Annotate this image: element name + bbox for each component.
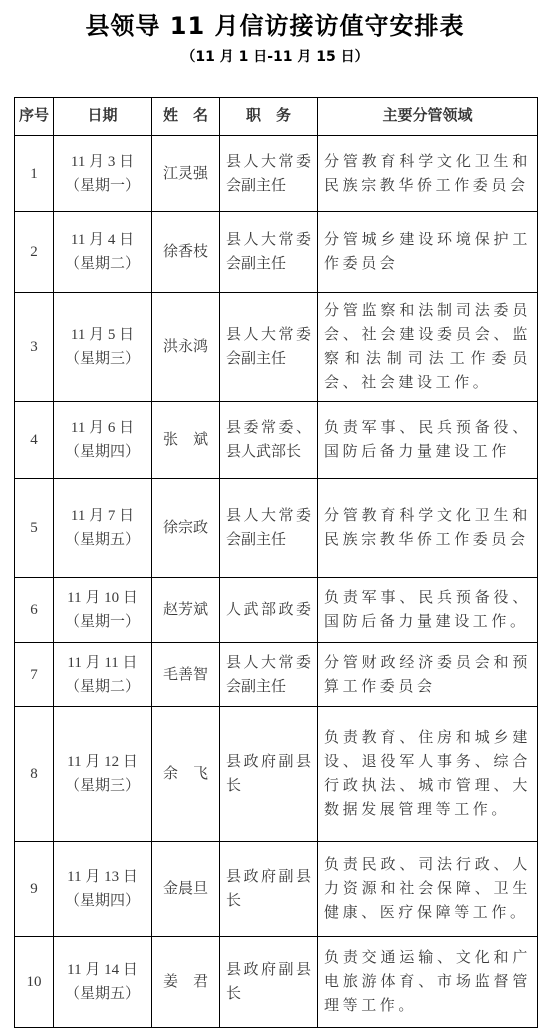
table-row: 411 月 6 日（星期四）张 斌县委常委、县人武部长负责军事、民兵预备役、国防… <box>15 402 538 479</box>
duty-cell: 分管教育科学文化卫生和民族宗教华侨工作委员会 <box>318 479 538 578</box>
weekday-text: （星期三） <box>58 774 147 798</box>
weekday-text: （星期一） <box>58 610 147 634</box>
date-text: 11 月 5 日 <box>58 323 147 347</box>
name-cell: 洪永鸿 <box>152 293 220 402</box>
table-row: 1011 月 14 日（星期五）姜 君县政府副县长负责交通运输、文化和广电旅游体… <box>15 937 538 1028</box>
date-cell: 11 月 4 日（星期二） <box>54 212 152 293</box>
position-cell: 县人大常委会副主任 <box>220 643 318 707</box>
position-cell: 县人大常委会副主任 <box>220 212 318 293</box>
row-number-cell: 10 <box>15 937 54 1028</box>
weekday-text: （星期一） <box>58 174 147 198</box>
column-header-position: 职 务 <box>220 98 318 136</box>
name-cell: 张 斌 <box>152 402 220 479</box>
name-cell: 徐宗政 <box>152 479 220 578</box>
date-cell: 11 月 10 日（星期一） <box>54 578 152 643</box>
column-header-no: 序号 <box>15 98 54 136</box>
weekday-text: （星期四） <box>58 889 147 913</box>
row-number-cell: 7 <box>15 643 54 707</box>
date-text: 11 月 7 日 <box>58 504 147 528</box>
duty-schedule-table: 序号日期姓 名职 务主要分管领域 111 月 3 日（星期一）江灵强县人大常委会… <box>14 97 538 1028</box>
duty-cell: 分管教育科学文化卫生和民族宗教华侨工作委员会 <box>318 136 538 212</box>
weekday-text: （星期四） <box>58 440 147 464</box>
position-cell: 县政府副县长 <box>220 842 318 937</box>
table-row: 311 月 5 日（星期三）洪永鸿县人大常委会副主任分管监察和法制司法委员会、社… <box>15 293 538 402</box>
duty-cell: 负责军事、民兵预备役、国防后备力量建设工作。 <box>318 578 538 643</box>
weekday-text: （星期五） <box>58 982 147 1006</box>
table-row: 711 月 11 日（星期二）毛善智县人大常委会副主任分管财政经济委员会和预算工… <box>15 643 538 707</box>
date-text: 11 月 13 日 <box>58 865 147 889</box>
name-cell: 金晨旦 <box>152 842 220 937</box>
date-cell: 11 月 11 日（星期二） <box>54 643 152 707</box>
column-header-name: 姓 名 <box>152 98 220 136</box>
date-text: 11 月 4 日 <box>58 228 147 252</box>
position-cell: 县委常委、县人武部长 <box>220 402 318 479</box>
date-cell: 11 月 6 日（星期四） <box>54 402 152 479</box>
name-cell: 徐香枝 <box>152 212 220 293</box>
page-subtitle: （11 月 1 日-11 月 15 日） <box>0 49 550 66</box>
row-number-cell: 1 <box>15 136 54 212</box>
date-cell: 11 月 13 日（星期四） <box>54 842 152 937</box>
name-cell: 赵芳斌 <box>152 578 220 643</box>
position-cell: 县人大常委会副主任 <box>220 136 318 212</box>
position-cell: 县人大常委会副主任 <box>220 293 318 402</box>
position-cell: 县人大常委会副主任 <box>220 479 318 578</box>
table-row: 611 月 10 日（星期一）赵芳斌人武部政委负责军事、民兵预备役、国防后备力量… <box>15 578 538 643</box>
weekday-text: （星期二） <box>58 675 147 699</box>
weekday-text: （星期二） <box>58 252 147 276</box>
date-cell: 11 月 12 日（星期三） <box>54 707 152 842</box>
date-cell: 11 月 5 日（星期三） <box>54 293 152 402</box>
row-number-cell: 2 <box>15 212 54 293</box>
weekday-text: （星期五） <box>58 528 147 552</box>
duty-cell: 负责军事、民兵预备役、国防后备力量建设工作 <box>318 402 538 479</box>
date-cell: 11 月 3 日（星期一） <box>54 136 152 212</box>
duty-cell: 负责教育、住房和城乡建设、退役军人事务、综合行政执法、城市管理、大数据发展管理等… <box>318 707 538 842</box>
column-header-date: 日期 <box>54 98 152 136</box>
name-cell: 毛善智 <box>152 643 220 707</box>
row-number-cell: 3 <box>15 293 54 402</box>
page-title: 县领导 11 月信访接访值守安排表 <box>0 0 550 41</box>
date-text: 11 月 11 日 <box>58 651 147 675</box>
table-row: 911 月 13 日（星期四）金晨旦县政府副县长负责民政、司法行政、人力资源和社… <box>15 842 538 937</box>
date-cell: 11 月 7 日（星期五） <box>54 479 152 578</box>
date-cell: 11 月 14 日（星期五） <box>54 937 152 1028</box>
row-number-cell: 9 <box>15 842 54 937</box>
name-cell: 余 飞 <box>152 707 220 842</box>
row-number-cell: 8 <box>15 707 54 842</box>
table-row: 111 月 3 日（星期一）江灵强县人大常委会副主任分管教育科学文化卫生和民族宗… <box>15 136 538 212</box>
column-header-duty: 主要分管领域 <box>318 98 538 136</box>
duty-cell: 分管城乡建设环境保护工作委员会 <box>318 212 538 293</box>
duty-cell: 分管监察和法制司法委员会、社会建设委员会、监察和法制司法工作委员会、社会建设工作… <box>318 293 538 402</box>
document-page: 县领导 11 月信访接访值守安排表 （11 月 1 日-11 月 15 日） 序… <box>0 0 550 1032</box>
duty-cell: 负责民政、司法行政、人力资源和社会保障、卫生健康、医疗保障等工作。 <box>318 842 538 937</box>
name-cell: 江灵强 <box>152 136 220 212</box>
date-text: 11 月 12 日 <box>58 750 147 774</box>
table-row: 811 月 12 日（星期三）余 飞县政府副县长负责教育、住房和城乡建设、退役军… <box>15 707 538 842</box>
weekday-text: （星期三） <box>58 347 147 371</box>
date-text: 11 月 10 日 <box>58 586 147 610</box>
row-number-cell: 5 <box>15 479 54 578</box>
duty-cell: 负责交通运输、文化和广电旅游体育、市场监督管理等工作。 <box>318 937 538 1028</box>
row-number-cell: 6 <box>15 578 54 643</box>
table-row: 511 月 7 日（星期五）徐宗政县人大常委会副主任分管教育科学文化卫生和民族宗… <box>15 479 538 578</box>
table-header-row: 序号日期姓 名职 务主要分管领域 <box>15 98 538 136</box>
name-cell: 姜 君 <box>152 937 220 1028</box>
position-cell: 县政府副县长 <box>220 937 318 1028</box>
date-text: 11 月 14 日 <box>58 958 147 982</box>
date-text: 11 月 3 日 <box>58 150 147 174</box>
date-text: 11 月 6 日 <box>58 416 147 440</box>
position-cell: 县政府副县长 <box>220 707 318 842</box>
row-number-cell: 4 <box>15 402 54 479</box>
table-row: 211 月 4 日（星期二）徐香枝县人大常委会副主任分管城乡建设环境保护工作委员… <box>15 212 538 293</box>
position-cell: 人武部政委 <box>220 578 318 643</box>
duty-cell: 分管财政经济委员会和预算工作委员会 <box>318 643 538 707</box>
